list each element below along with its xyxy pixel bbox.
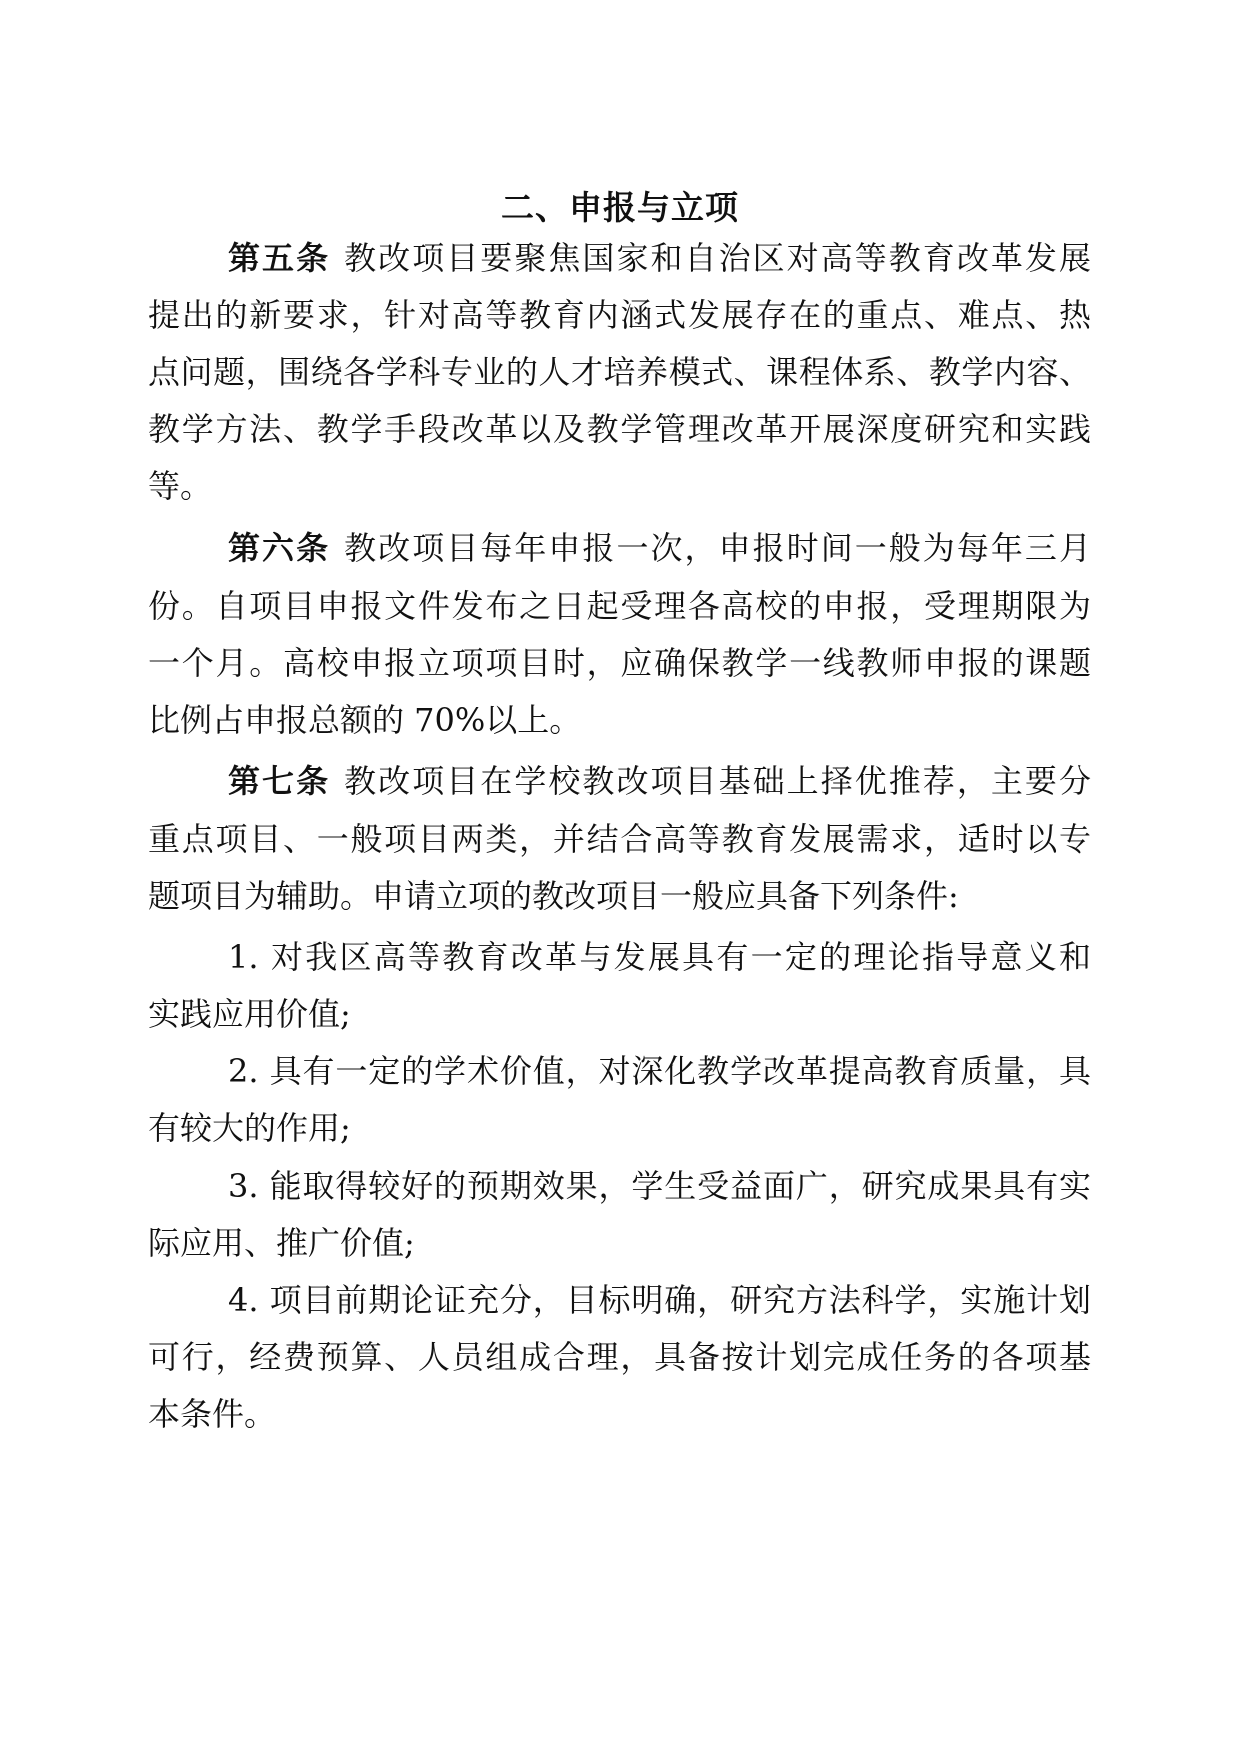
article-7-line-1: 第七条教改项目在学校教改项目基础上择优推荐，主要分 (228, 759, 1091, 803)
article-6-label: 第六条 (228, 529, 330, 567)
condition-2-line-1: 2. 具有一定的学术价值，对深化教学改革提高教育质量，具 (228, 1049, 1091, 1093)
article-5-line-4: 教学方法、教学手段改革以及教学管理改革开展深度研究和实践 (148, 407, 1091, 451)
article-6-line-1: 第六条教改项目每年申报一次，申报时间一般为每年三月 (228, 526, 1091, 570)
condition-1-line-2: 实践应用价值; (148, 992, 1091, 1036)
article-5-line-1: 第五条教改项目要聚焦国家和自治区对高等教育改革发展 (228, 236, 1091, 280)
document-page: 二、申报与立项 第五条教改项目要聚焦国家和自治区对高等教育改革发展 提出的新要求… (0, 0, 1240, 1753)
condition-4-line-2: 可行，经费预算、人员组成合理，具备按计划完成任务的各项基 (148, 1335, 1091, 1379)
article-text: 教改项目要聚焦国家和自治区对高等教育改革发展 (344, 239, 1091, 277)
article-6-line-2: 份。自项目申报文件发布之日起受理各高校的申报，受理期限为 (148, 584, 1091, 628)
article-7-label: 第七条 (228, 762, 330, 800)
article-5-label: 第五条 (228, 239, 330, 277)
condition-2-line-2: 有较大的作用; (148, 1106, 1091, 1150)
section-heading: 二、申报与立项 (0, 188, 1240, 228)
article-5-line-2: 提出的新要求，针对高等教育内涵式发展存在的重点、难点、热 (148, 293, 1091, 337)
article-7-line-2: 重点项目、一般项目两类，并结合高等教育发展需求，适时以专 (148, 817, 1091, 861)
article-7-line-3: 题项目为辅助。申请立项的教改项目一般应具备下列条件: (148, 874, 1091, 918)
article-5-line-5: 等。 (148, 464, 1091, 508)
condition-3-line-1: 3. 能取得较好的预期效果，学生受益面广，研究成果具有实 (228, 1164, 1091, 1208)
article-6-line-3: 一个月。高校申报立项项目时，应确保教学一线教师申报的课题 (148, 641, 1091, 685)
article-text: 教改项目在学校教改项目基础上择优推荐，主要分 (344, 762, 1091, 800)
article-6-line-4: 比例占申报总额的 70%以上。 (148, 698, 1091, 742)
article-5-line-3: 点问题，围绕各学科专业的人才培养模式、课程体系、教学内容、 (148, 350, 1091, 394)
condition-1-line-1: 1. 对我区高等教育改革与发展具有一定的理论指导意义和 (228, 935, 1091, 979)
condition-4-line-1: 4. 项目前期论证充分，目标明确，研究方法科学，实施计划 (228, 1278, 1091, 1322)
article-text: 教改项目每年申报一次，申报时间一般为每年三月 (344, 529, 1091, 567)
condition-3-line-2: 际应用、推广价值; (148, 1221, 1091, 1265)
condition-4-line-3: 本条件。 (148, 1392, 1091, 1436)
